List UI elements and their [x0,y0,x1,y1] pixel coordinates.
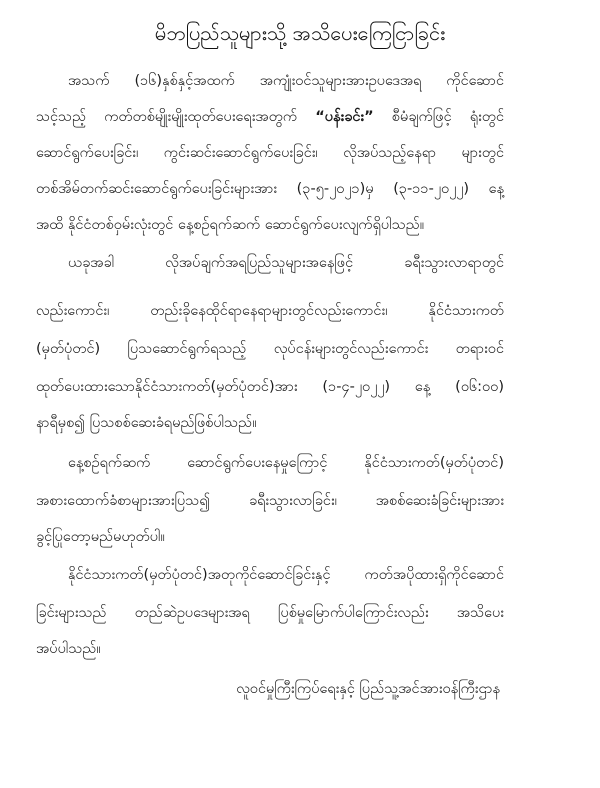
paragraph-4-line-2: ခြင်းများသည် တည်ဆဲဥပဒေများအရ ပြစ်မှုမြော… [36,604,504,625]
document-title: မိဘပြည်သူများသို့ အသိပေးကြေငြာခြင်း [0,20,600,50]
paragraph-2-line-4: ထုတ်ပေးထားသောနိုင်ငံသားကတ်(မှတ်ပုံတင်)အာ… [36,378,504,399]
paragraph-2-line-2: လည်းကောင်း၊ တည်းခိုနေထိုင်ရာနေရာများတွင်… [36,302,504,323]
paragraph-3-line-3: ခွင့်ပြုတော့မည်မဟုတ်ပါ။ [36,528,504,549]
paragraph-4-line-3: အပ်ပါသည်။ [36,640,504,661]
program-name: “ပန်းခင်း” [315,109,373,125]
paragraph-2-line-3: (မှတ်ပုံတင်) ပြသဆောင်ရွက်ရသည့် လုပ်ငန်းမ… [36,340,504,361]
paragraph-2-line-5: နာရီမှစ၍ ပြသစစ်ဆေးခံရမည်ဖြစ်ပါသည်။ [36,414,504,435]
line-tail: စီမံချက်ဖြင့် ရုံးတွင် [392,109,504,125]
paragraph-1-line-3: ဆောင်ရွက်ပေးခြင်း၊ ကွင်းဆင်းဆောင်ရွက်ပေး… [36,144,504,165]
paragraph-3-line-2: အစားထောက်ခံစာများအားပြသ၍ ခရီးသွားလာခြင်း… [36,492,504,513]
paragraph-1-line-5: အထိ နိုင်ငံတစ်ဝှမ်းလုံးတွင် နေ့စဉ်ရက်ဆက်… [36,216,504,237]
issuing-ministry-signature: လူဝင်မှုကြီးကြပ်ရေးနှင့် ပြည်သူ့အင်အားဝန… [236,680,500,701]
line-text: သင့်သည့် ကတ်တစ်မျိုးမျိုးထုတ်ပေးရေးအတွက် [36,109,297,125]
paragraph-1-line-1: အသက် (၁၆)နှစ်နှင့်အထက် အကျုံးဝင်သူများအာ… [68,72,504,93]
paragraph-3-line-1: နေ့စဉ်ရက်ဆက် ဆောင်ရွက်ပေးနေမှုကြောင့် နိ… [68,454,504,475]
paragraph-1-line-4: တစ်အိမ်တက်ဆင်းဆောင်ရွက်ပေးခြင်းများအား (… [36,180,504,201]
notice-document: မိဘပြည်သူများသို့ အသိပေးကြေငြာခြင်း အသက်… [0,0,600,788]
paragraph-4-line-1: နိုင်ငံသားကတ်(မှတ်ပုံတင်)အတုကိုင်ဆောင်ခြ… [68,566,504,587]
paragraph-1-line-2: သင့်သည့် ကတ်တစ်မျိုးမျိုးထုတ်ပေးရေးအတွက်… [36,108,504,129]
paragraph-2-line-1: ယခုအခါ လိုအပ်ချက်အရပြည်သူများအနေဖြင့် ခရ… [68,254,504,275]
